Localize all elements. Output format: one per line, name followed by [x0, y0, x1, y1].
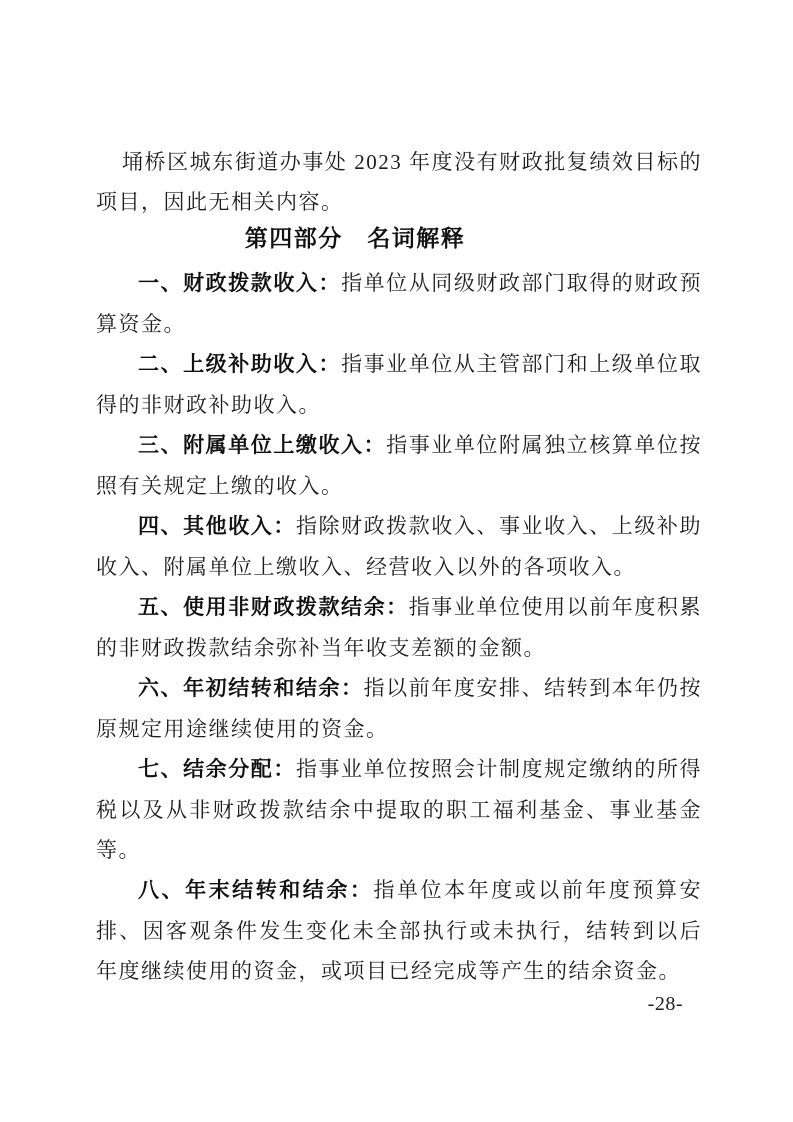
term-item: 八、年末结转和结余：指单位本年度或以前年度预算安排、因客观条件发生变化未全部执行…: [96, 870, 702, 991]
term-item: 二、上级补助收入：指事业单位从主管部门和上级单位取得的非财政补助收入。: [96, 344, 702, 425]
term-label: 四、其他收入：: [138, 515, 296, 538]
document-content: 埇桥区城东街道办事处 2023 年度没有财政批复绩效目标的项目，因此无相关内容。…: [96, 142, 702, 991]
term-label: 六、年初结转和结余：: [138, 677, 364, 700]
term-item: 七、结余分配：指事业单位按照会计制度规定缴纳的所得税以及从非财政拨款结余中提取的…: [96, 749, 702, 870]
term-item: 一、财政拨款收入：指单位从同级财政部门取得的财政预算资金。: [96, 263, 702, 344]
term-item: 三、附属单位上缴收入：指事业单位附属独立核算单位按照有关规定上缴的收入。: [96, 425, 702, 506]
term-item: 四、其他收入：指除财政拨款收入、事业收入、上级补助收入、附属单位上缴收入、经营收…: [96, 506, 702, 587]
page-number: -28-: [648, 993, 683, 1016]
section-heading: 第四部分 名词解释: [96, 222, 702, 254]
terms-list: 一、财政拨款收入：指单位从同级财政部门取得的财政预算资金。 二、上级补助收入：指…: [96, 263, 702, 991]
term-item: 五、使用非财政拨款结余：指事业单位使用以前年度积累的非财政拨款结余弥补当年收支差…: [96, 587, 702, 668]
term-label: 二、上级补助收入：: [138, 353, 341, 376]
term-item: 六、年初结转和结余：指以前年度安排、结转到本年仍按原规定用途继续使用的资金。: [96, 668, 702, 749]
term-label: 一、财政拨款收入：: [138, 272, 341, 295]
document-page: 埇桥区城东街道办事处 2023 年度没有财政批复绩效目标的项目，因此无相关内容。…: [0, 0, 793, 1122]
term-label: 五、使用非财政拨款结余：: [138, 596, 409, 619]
term-label: 七、结余分配：: [138, 758, 296, 781]
term-label: 八、年末结转和结余：: [138, 879, 373, 902]
term-label: 三、附属单位上缴收入：: [138, 434, 386, 457]
intro-paragraph: 埇桥区城东街道办事处 2023 年度没有财政批复绩效目标的项目，因此无相关内容。: [96, 142, 702, 222]
